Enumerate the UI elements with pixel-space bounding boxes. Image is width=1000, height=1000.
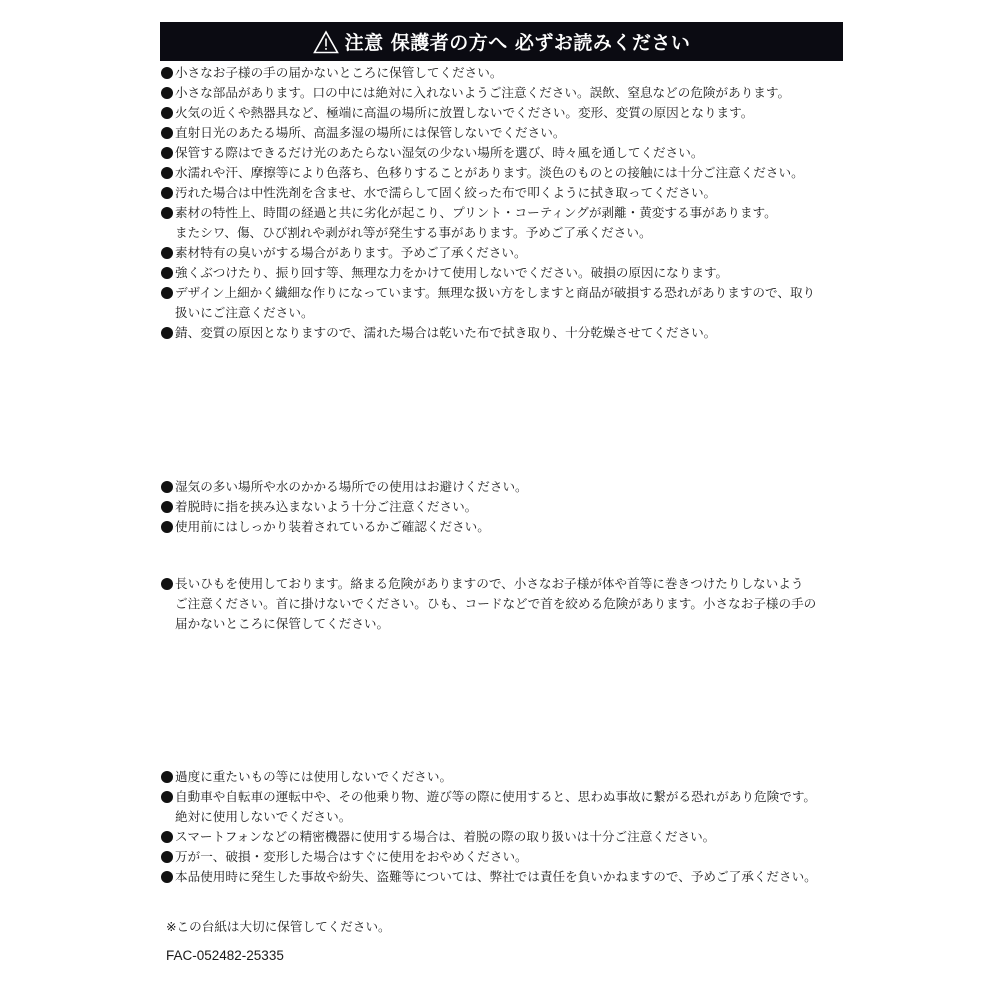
- bullet-icon: [160, 827, 175, 847]
- bullet-icon: [160, 767, 175, 787]
- bullet-icon: [160, 63, 175, 83]
- caution-item: 直射日光のあたる場所、高温多湿の場所には保管しないでください。: [160, 123, 860, 143]
- caution-item: スマートフォンなどの精密機器に使用する場合は、着脱の際の取り扱いは十分ご注意くだ…: [160, 827, 860, 847]
- warning-triangle-icon: [313, 30, 339, 54]
- bullet-icon: [160, 243, 175, 263]
- bullet-icon: [160, 574, 175, 634]
- bullet-icon: [160, 163, 175, 183]
- bullet-icon: [160, 183, 175, 203]
- bullet-icon: [160, 867, 175, 887]
- bullet-icon: [160, 123, 175, 143]
- caution-item: 小さな部品があります。口の中には絶対に入れないようご注意ください。誤飲、窒息など…: [160, 83, 860, 103]
- bullet-icon: [160, 283, 175, 323]
- caution-item: 汚れた場合は中性洗剤を含ませ、水で濡らして固く絞った布で叩くように拭き取ってくだ…: [160, 183, 860, 203]
- bullet-icon: [160, 263, 175, 283]
- header-title: 注意 保護者の方へ 必ずお読みください: [345, 28, 691, 55]
- bullet-icon: [160, 203, 175, 243]
- caution-item: 素材の特性上、時間の経過と共に劣化が起こり、プリント・コーティングが剥離・黄変す…: [160, 203, 860, 243]
- bullet-icon: [160, 787, 175, 827]
- product-code: FAC-052482-25335: [166, 948, 284, 963]
- caution-item: 保管する際はできるだけ光のあたらない湿気の少ない場所を選び、時々風を通してくださ…: [160, 143, 860, 163]
- caution-section-usage: 湿気の多い場所や水のかかる場所での使用はお避けください。 着脱時に指を挟み込まな…: [160, 477, 860, 537]
- caution-item: 火気の近くや熱器具など、極端に高温の場所に放置しないでください。変形、変質の原因…: [160, 103, 860, 123]
- caution-item: 本品使用時に発生した事故や紛失、盗難等については、弊社では責任を負いかねますので…: [160, 867, 860, 887]
- caution-item: 素材特有の臭いがする場合があります。予めご了承ください。: [160, 243, 860, 263]
- caution-item: 錆、変質の原因となりますので、濡れた場合は乾いた布で拭き取り、十分乾燥させてくだ…: [160, 323, 860, 343]
- caution-item: 長いひもを使用しております。絡まる危険がありますので、小さなお子様が体や首等に巻…: [160, 574, 860, 634]
- keep-card-note: ※この台紙は大切に保管してください。: [166, 916, 391, 935]
- caution-item: 使用前にはしっかり装着されているかご確認ください。: [160, 517, 860, 537]
- caution-item: デザイン上細かく繊細な作りになっています。無理な扱い方をしますと商品が破損する恐…: [160, 283, 860, 323]
- caution-item: 万が一、破損・変形した場合はすぐに使用をおやめください。: [160, 847, 860, 867]
- caution-item: 強くぶつけたり、振り回す等、無理な力をかけて使用しないでください。破損の原因にな…: [160, 263, 860, 283]
- bullet-icon: [160, 497, 175, 517]
- caution-item: 水濡れや汗、摩擦等により色落ち、色移りすることがあります。淡色のものとの接触には…: [160, 163, 860, 183]
- bullet-icon: [160, 477, 175, 497]
- caution-item: 湿気の多い場所や水のかかる場所での使用はお避けください。: [160, 477, 860, 497]
- bullet-icon: [160, 103, 175, 123]
- caution-section-cord: 長いひもを使用しております。絡まる危険がありますので、小さなお子様が体や首等に巻…: [160, 574, 860, 634]
- bullet-icon: [160, 323, 175, 343]
- caution-section-general: 小さなお子様の手の届かないところに保管してください。 小さな部品があります。口の…: [160, 63, 860, 343]
- caution-item: 小さなお子様の手の届かないところに保管してください。: [160, 63, 860, 83]
- bullet-icon: [160, 517, 175, 537]
- bullet-icon: [160, 83, 175, 103]
- caution-item: 自動車や自転車の運転中や、その他乗り物、遊び等の際に使用すると、思わぬ事故に繋が…: [160, 787, 860, 827]
- caution-item: 着脱時に指を挟み込まないよう十分ご注意ください。: [160, 497, 860, 517]
- warning-header: 注意 保護者の方へ 必ずお読みください: [160, 22, 843, 61]
- bullet-icon: [160, 847, 175, 867]
- caution-item: 過度に重たいもの等には使用しないでください。: [160, 767, 860, 787]
- bullet-icon: [160, 143, 175, 163]
- caution-section-misc: 過度に重たいもの等には使用しないでください。 自動車や自転車の運転中や、その他乗…: [160, 767, 860, 887]
